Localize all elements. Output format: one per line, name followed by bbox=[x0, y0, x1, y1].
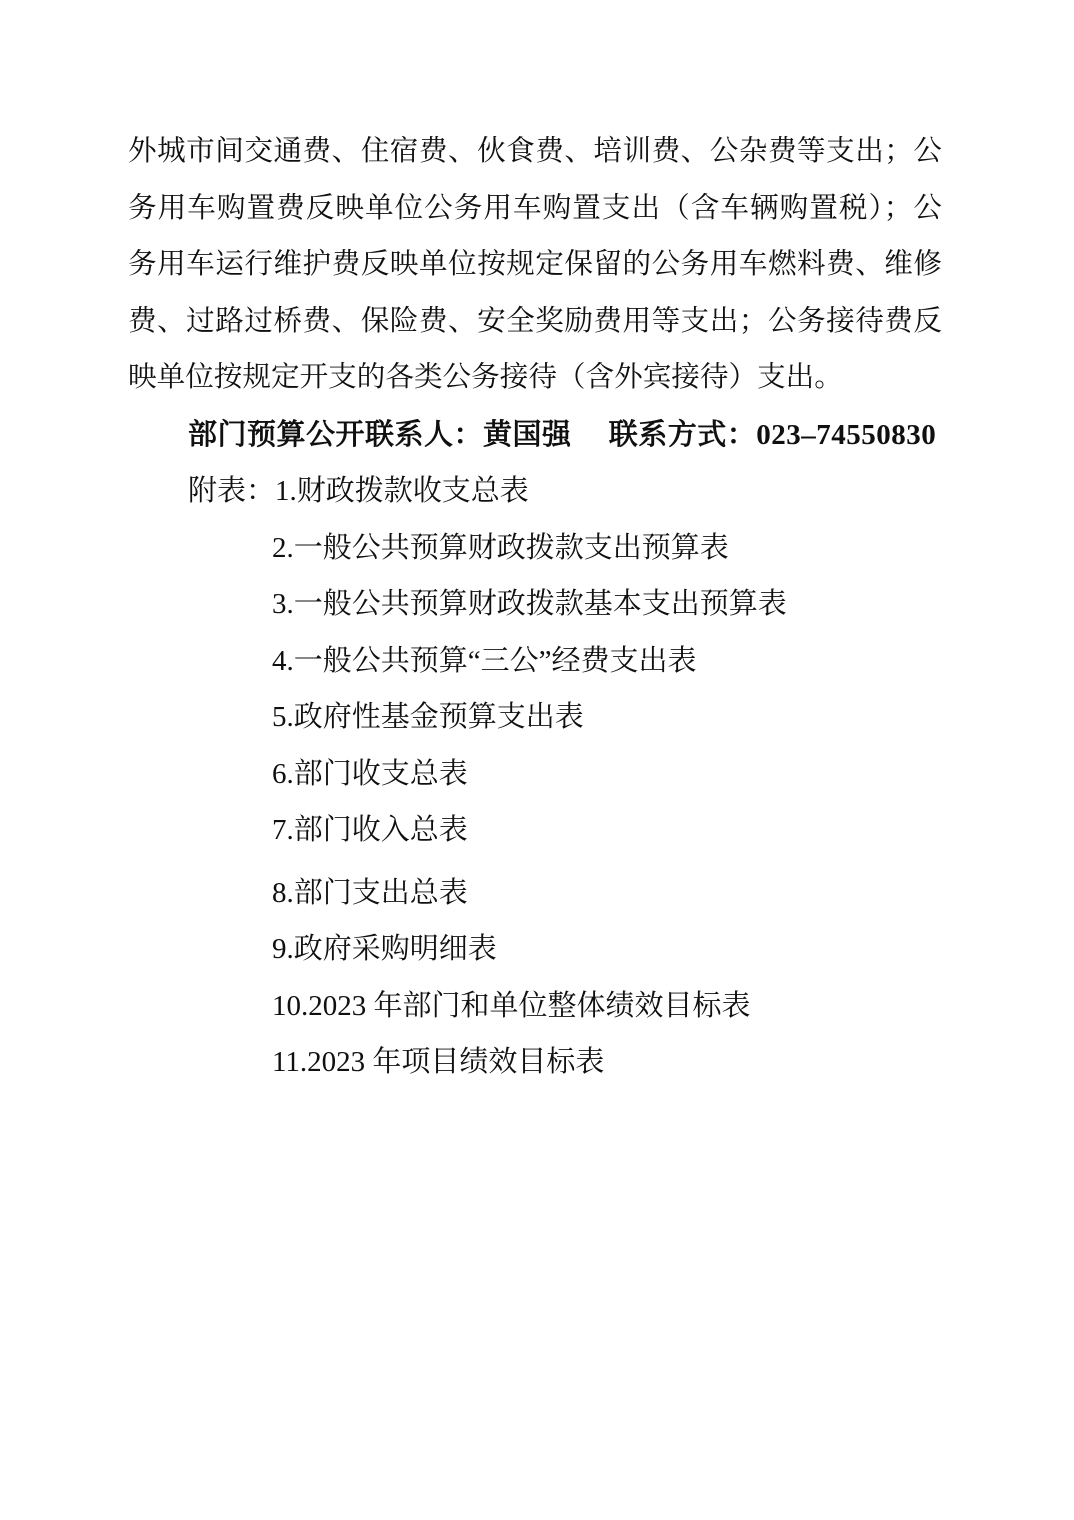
attachment-item: 9.政府采购明细表 bbox=[272, 921, 942, 978]
body-paragraph: 外城市间交通费、住宿费、伙食费、培训费、公杂费等支出；公 务用车购置费反映单位公… bbox=[128, 124, 942, 407]
attachment-item: 8.部门支出总表 bbox=[272, 865, 942, 922]
attachment-item: 7.部门收入总表 bbox=[272, 802, 942, 859]
attachment-first-row: 附表：1.财政拨款收支总表 bbox=[188, 463, 942, 520]
attachment-item: 10.2023 年部门和单位整体绩效目标表 bbox=[272, 978, 942, 1035]
paragraph-line: 费、过路过桥费、保险费、安全奖励费用等支出；公务接待费反 bbox=[128, 294, 942, 351]
attachment-item: 4.一般公共预算“三公”经费支出表 bbox=[272, 633, 942, 690]
attachment-item: 6.部门收支总表 bbox=[272, 746, 942, 803]
document-page: 外城市间交通费、住宿费、伙食费、培训费、公杂费等支出；公 务用车购置费反映单位公… bbox=[0, 0, 1074, 1520]
paragraph-line: 务用车运行维护费反映单位按规定保留的公务用车燃料费、维修 bbox=[128, 237, 942, 294]
attachment-item: 5.政府性基金预算支出表 bbox=[272, 689, 942, 746]
attachments-label: 附表： bbox=[188, 475, 275, 507]
attachment-item: 1.财政拨款收支总表 bbox=[275, 475, 529, 507]
attachment-item: 3.一般公共预算财政拨款基本支出预算表 bbox=[272, 576, 942, 633]
budget-contact-line: 部门预算公开联系人：黄国强 联系方式：023–74550830 bbox=[188, 407, 942, 464]
attachment-item: 2.一般公共预算财政拨款支出预算表 bbox=[272, 520, 942, 577]
attachment-item: 11.2023 年项目绩效目标表 bbox=[272, 1034, 942, 1091]
paragraph-line: 外城市间交通费、住宿费、伙食费、培训费、公杂费等支出；公 bbox=[128, 124, 942, 181]
page-content: 外城市间交通费、住宿费、伙食费、培训费、公杂费等支出；公 务用车购置费反映单位公… bbox=[128, 124, 942, 1091]
paragraph-line: 映单位按规定开支的各类公务接待（含外宾接待）支出。 bbox=[128, 350, 942, 407]
paragraph-line: 务用车购置费反映单位公务用车购置支出（含车辆购置税）；公 bbox=[128, 181, 942, 238]
attachment-list: 附表：1.财政拨款收支总表 2.一般公共预算财政拨款支出预算表 3.一般公共预算… bbox=[128, 463, 942, 1091]
